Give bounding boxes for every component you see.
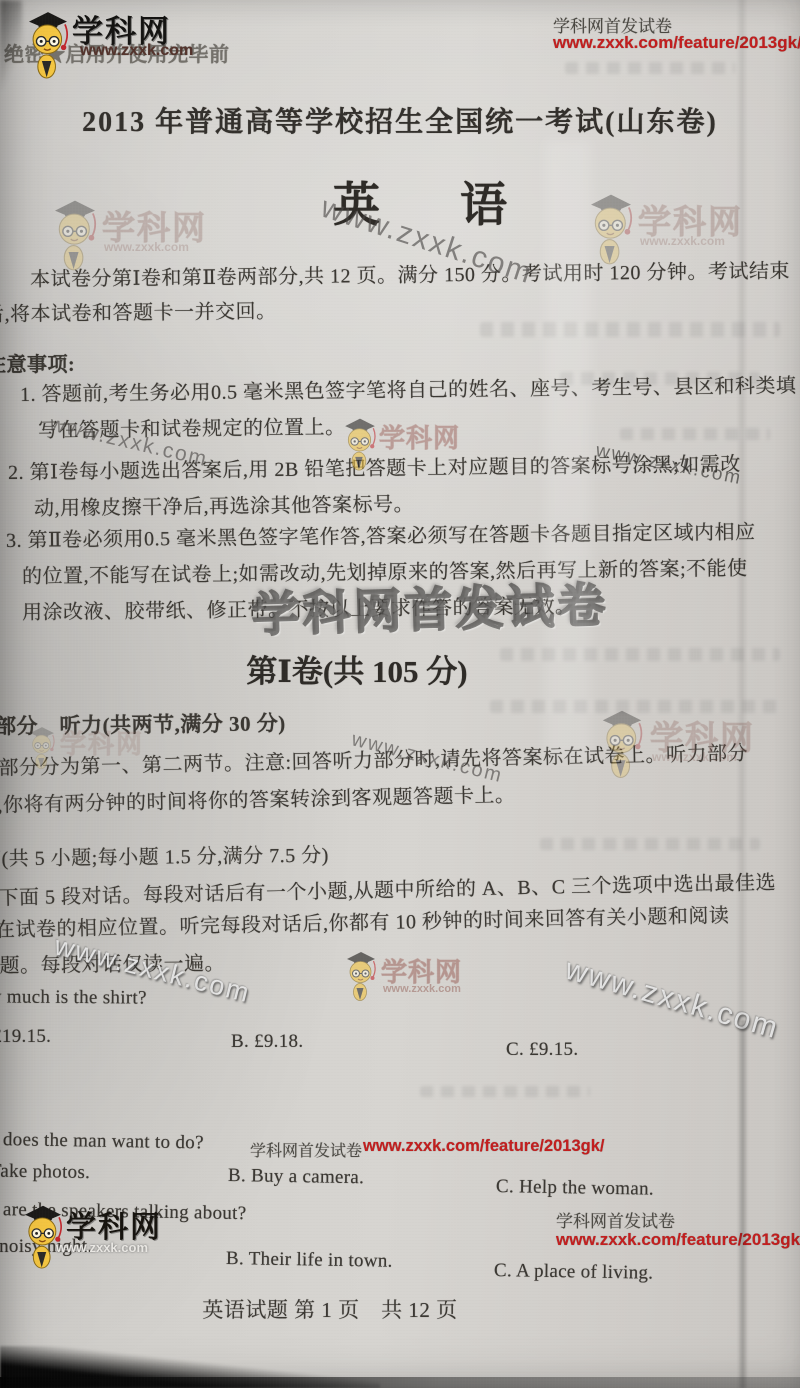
scan-edge-bottom-bar [0,1377,800,1388]
zxxk-mascot-icon [588,186,634,266]
bleed-through [420,1086,590,1097]
zxxk-brand-url: www.zxxk.com [383,983,461,995]
release-link-middle: www.zxxk.com/feature/2013gk/ [363,1137,605,1156]
zxxk-logo-watermark: 学科网 www.zxxk.com [600,702,785,782]
note-line: 3. 第Ⅱ卷必须用0.5 毫米黑色签字笔作答,答案必须写在答题卡各题目指定区域内… [6,515,756,553]
question-stem: 1. How much is the shirt? [0,986,147,1010]
question-option-b: B. Their life in town. [226,1248,393,1273]
zxxk-logo-watermark: 学科网 [343,412,493,472]
zxxk-mascot-icon [26,4,70,80]
page-footer: 英语试题 第 1 页 共 12 页 [130,1294,530,1324]
zxxk-logo-watermark: 学科网 [28,722,148,772]
listening-intro-line: 结束后,你将有两分钟的时间将你的答案转涂到客观题答题卡上。 [0,778,516,819]
notes-heading: 注意事项: [0,348,75,377]
zxxk-mascot-icon [28,722,56,770]
zxxk-mascot-icon [52,192,98,272]
part1-heading: 第Ⅰ卷(共 105 分) [0,646,714,691]
bleed-through [565,62,735,74]
question-stem: 2. What does the man want to do? [0,1128,204,1154]
watermark-site-q-right: www.zxxk.com [561,953,783,1047]
note-line: 1. 答题前,考生务必用0.5 毫米黑色签字笔将自己的姓名、座号、考生号、县区和… [20,369,797,407]
exam-title: 2013 年普通高等学校招生全国统一考试(山东卷) [0,100,800,140]
paper-crease-dark-lower [738,1020,748,1388]
section1-heading: 第一节(共 5 小题;每小题 1.5 分,满分 7.5 分) [0,839,329,872]
zxxk-mascot-icon [22,1198,64,1270]
zxxk-brand-text: 学科网 [379,418,460,455]
question-option-c: C. Help the woman. [496,1176,654,1201]
question-option-a: A. £19.15. [0,1026,51,1048]
bleed-through [620,428,770,440]
zxxk-brand-url: www.zxxk.com [640,234,725,248]
zxxk-brand-url: www.zxxk.com [652,750,737,764]
zxxk-brand-url: www.zxxk.com [104,240,189,254]
release-link-bottom: www.zxxk.com/feature/2013gk/ [556,1230,800,1250]
zxxk-mascot-icon [345,946,377,1002]
intro-line: 后,将本试卷和答题卡一并交回。 [0,295,277,327]
question-option-b: B. £9.18. [231,1031,303,1053]
question-option-a: A. Take photos. [0,1160,90,1184]
zxxk-logo-watermark: 学科网 www.zxxk.com [588,186,778,266]
zxxk-logo: 学科网 www.zxxk.com [22,1198,212,1268]
scan-edge-bottom-wedge [0,1346,380,1388]
release-link-top: www.zxxk.com/feature/2013gk/ [553,33,800,53]
zxxk-logo-watermark: 学科网 www.zxxk.com [52,192,242,272]
zxxk-mascot-icon [600,702,644,780]
zxxk-mascot-icon [343,412,377,472]
zxxk-logo-watermark: 学科网 www.zxxk.com [345,946,485,1006]
bleed-through [540,838,760,850]
release-tag-bottom: 学科网首发试卷 [556,1207,675,1232]
note-line: 动,用橡皮擦干净后,再选涂其他答案标号。 [34,488,414,521]
watermark-release-emboss: 学科网首发试卷 [251,568,610,645]
zxxk-brand-text: 学科网 [60,724,144,761]
question-option-b: B. Buy a camera. [228,1165,365,1189]
watermark-url-header: www.zxxk.com [80,42,193,60]
bleed-through [480,322,780,337]
release-tag-middle: 学科网首发试卷 [250,1138,362,1161]
scanned-exam-page: 学科网 绝密★启用并使用完毕前 www.zxxk.com 学科网首发试卷 www… [0,0,800,1388]
question-option-c: C. £9.15. [506,1039,578,1061]
zxxk-brand-url: www.zxxk.com [56,1240,148,1255]
question-option-c: C. A place of living. [494,1260,654,1285]
